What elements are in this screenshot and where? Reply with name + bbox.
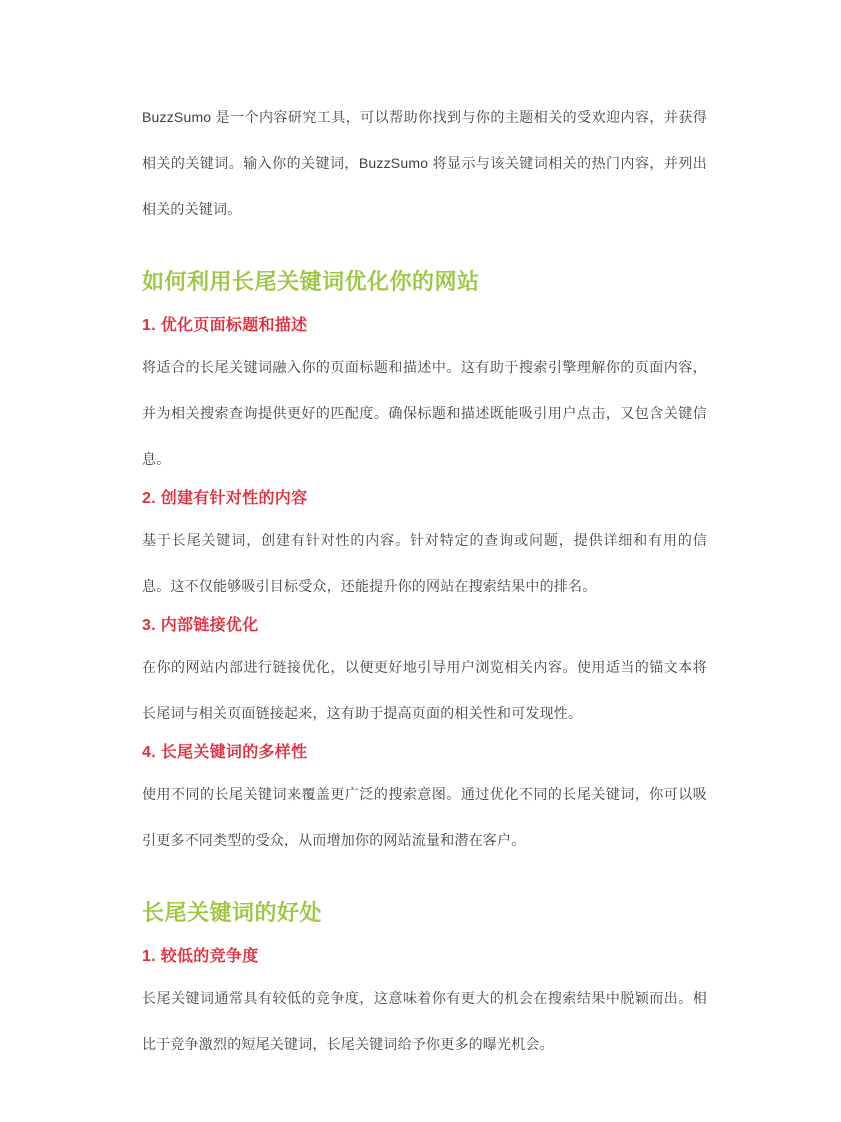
paragraph-targeted-content: 基于长尾关键词，创建有针对性的内容。针对特定的查询或问题，提供详细和有用的信息。… (142, 517, 707, 609)
section-heading-benefits: 长尾关键词的好处 (142, 898, 707, 928)
subheading-targeted-content: 2. 创建有针对性的内容 (142, 487, 707, 511)
article-content: BuzzSumo 是一个内容研究工具，可以帮助你找到与你的主题相关的受欢迎内容，… (0, 0, 841, 1067)
subheading-lower-competition: 1. 较低的竞争度 (142, 945, 707, 969)
subheading-keyword-diversity: 4. 长尾关键词的多样性 (142, 741, 707, 765)
intro-paragraph: BuzzSumo 是一个内容研究工具，可以帮助你找到与你的主题相关的受欢迎内容，… (142, 94, 707, 232)
paragraph-lower-competition: 长尾关键词通常具有较低的竞争度，这意味着你有更大的机会在搜索结果中脱颖而出。相比… (142, 975, 707, 1067)
subheading-optimize-title-description: 1. 优化页面标题和描述 (142, 314, 707, 338)
section-heading-optimize-website: 如何利用长尾关键词优化你的网站 (142, 267, 707, 297)
paragraph-internal-links: 在你的网站内部进行链接优化，以便更好地引导用户浏览相关内容。使用适当的锚文本将长… (142, 644, 707, 736)
paragraph-keyword-diversity: 使用不同的长尾关键词来覆盖更广泛的搜索意图。通过优化不同的长尾关键词，你可以吸引… (142, 771, 707, 863)
subheading-internal-links: 3. 内部链接优化 (142, 614, 707, 638)
paragraph-optimize-title-description: 将适合的长尾关键词融入你的页面标题和描述中。这有助于搜索引擎理解你的页面内容，并… (142, 344, 707, 482)
document-page: BuzzSumo 是一个内容研究工具，可以帮助你找到与你的主题相关的受欢迎内容，… (0, 0, 841, 1122)
